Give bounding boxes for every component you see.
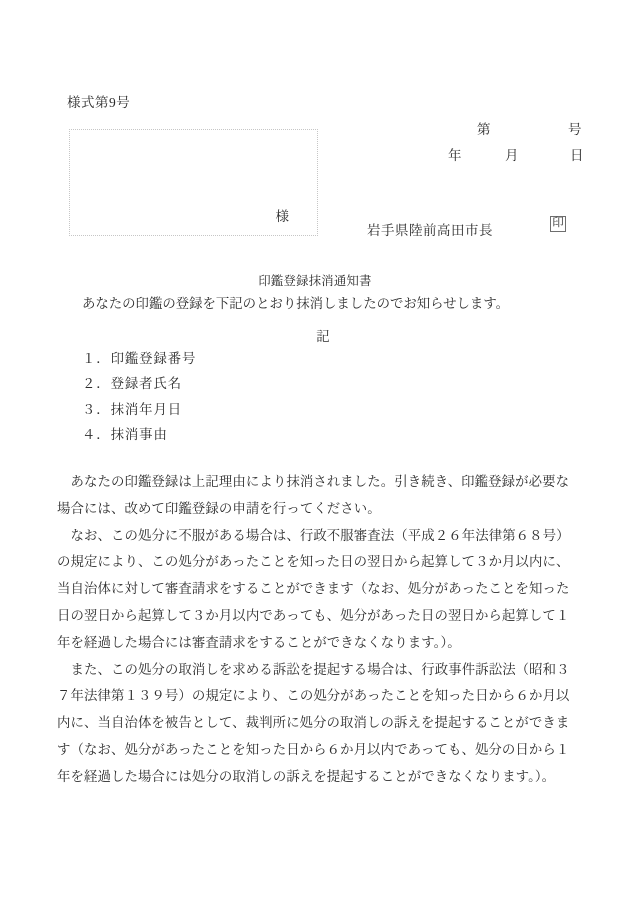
paragraph-lawsuit-notice: また、この処分の取消しを求める訴訟を提起する場合は、行政事件訴訟法（昭和３ ７年… — [57, 657, 578, 791]
recipient-honorific-label: 様 — [276, 205, 290, 225]
date-month-label: 月 — [505, 144, 519, 164]
body-text-block: あなたの印鑑登録は上記理由により抹消されました。引き続き、印鑑登録が必要な 場合… — [57, 469, 578, 791]
seal-placeholder-box: 印 — [550, 216, 566, 232]
list-item-registration-number: １．印鑑登録番号 — [82, 346, 196, 371]
recipient-address-box: 様 — [69, 129, 318, 236]
doc-number-prefix-label: 第 — [477, 118, 491, 138]
list-item-cancellation-date: ３．抹消年月日 — [82, 397, 196, 422]
enumerated-item-list: １．印鑑登録番号 ２．登録者氏名 ３．抹消年月日 ４．抹消事由 — [82, 346, 196, 448]
form-number-label: 様式第9号 — [67, 91, 130, 111]
date-year-label: 年 — [448, 144, 462, 164]
issuer-name-label: 岩手県陸前高田市長 — [367, 219, 493, 239]
paragraph-reapplication-notice: あなたの印鑑登録は上記理由により抹消されました。引き続き、印鑑登録が必要な 場合… — [57, 469, 578, 523]
document-title: 印鑑登録抹消通知書 — [0, 271, 630, 289]
intro-sentence: あなたの印鑑の登録を下記のとおり抹消しましたのでお知らせします。 — [57, 296, 577, 311]
list-item-registrant-name: ２．登録者氏名 — [82, 371, 196, 396]
document-page: 様式第9号 様 第 号 年 月 日 岩手県陸前高田市長 印 印鑑登録抹消通知書 … — [0, 0, 630, 903]
ki-section-marker: 記 — [8, 326, 630, 345]
date-day-label: 日 — [570, 144, 584, 164]
seal-character: 印 — [552, 218, 564, 230]
list-item-cancellation-reason: ４．抹消事由 — [82, 422, 196, 447]
doc-number-suffix-label: 号 — [568, 118, 582, 138]
paragraph-administrative-appeal: なお、この処分に不服がある場合は、行政不服審査法（平成２６年法律第６８号） の規… — [57, 523, 578, 657]
